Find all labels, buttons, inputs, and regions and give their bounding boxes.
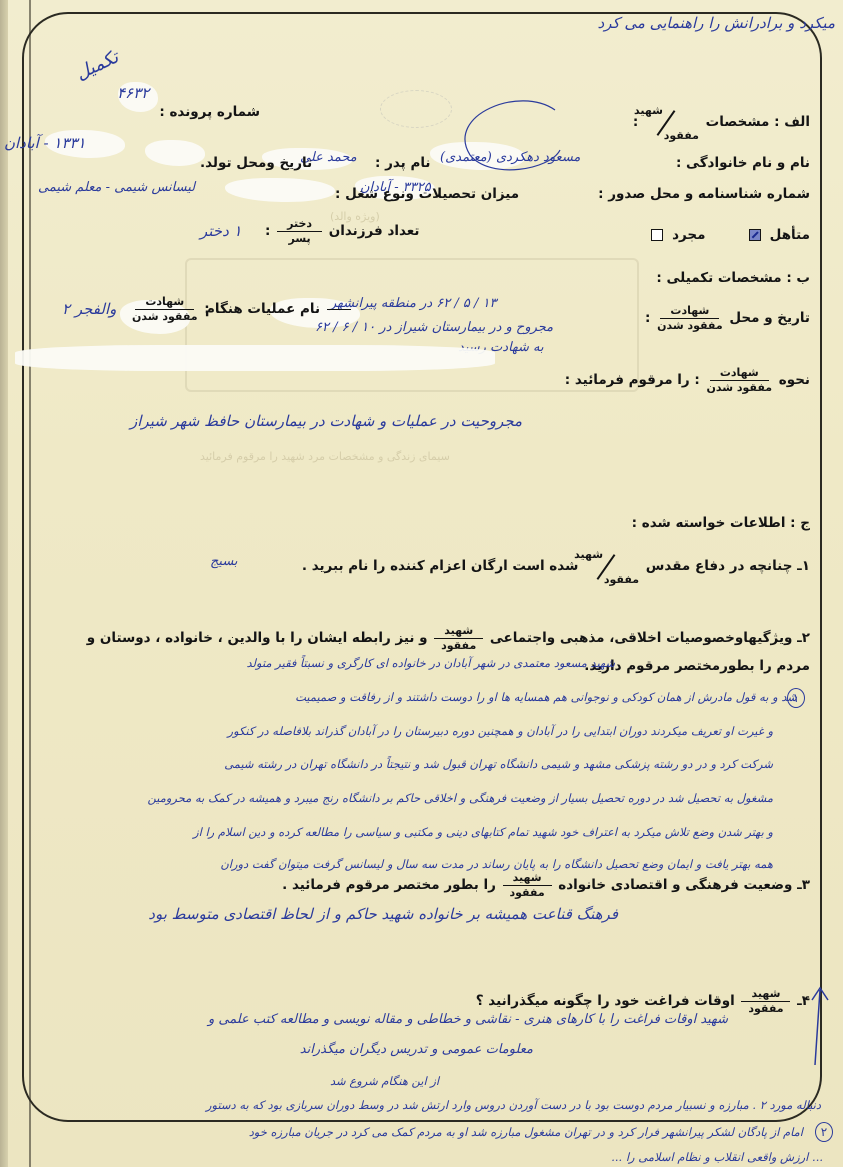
married-checkbox[interactable] — [749, 229, 761, 241]
birth-value: ۱۳۳۱ - آبادان — [4, 134, 86, 152]
education-job-value: لیسانس شیمی - معلم شیمی — [38, 180, 195, 195]
children-fraction: دختر پسر — [277, 218, 322, 244]
question-2-answer-line: و غیرت او تعریف میکردند دوران ابتدایی را… — [228, 724, 773, 738]
children-value: ۱ دختر — [200, 222, 242, 240]
manner-label-group: نحوه شهادت مفقود شدن : را مرقوم فرمائید … — [565, 367, 810, 393]
question-2-line1: ۲ـ ویژگیهاوخصوصیات اخلاقی، مذهبی واجتماع… — [87, 625, 810, 651]
file-number-value: ۴۶۳۲ — [117, 84, 149, 102]
section-c-title: ج : اطلاعات خواسته شده : — [632, 515, 810, 531]
scanned-form-page: (ویژه والد) سیمای زندگی و مشخصات مرد شهی… — [0, 0, 843, 1167]
file-number-label: شماره پرونده : — [159, 104, 260, 120]
binding-edge — [0, 0, 8, 1167]
section-a-title: الف : مشخصات شهید مفقود : — [633, 106, 810, 138]
question-1-fraction: شهید مفقود — [583, 550, 641, 582]
question-2-answer-line: شرکت کرد و در دو رشته پزشکی مشهد و شیمی … — [224, 757, 773, 771]
question-3-answer: فرهنگ قناعت همیشه بر خانواده شهید حاکم و… — [148, 905, 618, 923]
marital-status-group: متأهل مجرد — [647, 227, 810, 243]
question-2-answer-line: و بهتر شدن وضع تلاش میکرد به اعتراف خود … — [193, 825, 773, 839]
name-label: نام و نام خانوادگی : — [676, 155, 810, 171]
section-b-title: ب : مشخصات تکمیلی : — [656, 270, 810, 286]
birth-label: تاریخ ومحل تولد. — [200, 155, 312, 171]
operation-fraction: شهادت مفقود شدن — [132, 296, 198, 322]
operation-fraction-right — [327, 296, 351, 322]
operation-label-group: نام عملیات هنگام — [205, 296, 353, 322]
question-3: ۳ـ وضعیت فرهنگی و اقتصادی خانواده شهید م… — [282, 872, 810, 898]
date-place-label-group: تاریخ و محل شهادت مفقود شدن : — [645, 305, 810, 331]
question-2-answer-line: مشغول به تحصیل شد در دوره تحصیل بسیار از… — [147, 791, 773, 805]
question-2-answer-line: شد و به قول مادرش از همان کودکی و نوجوان… — [295, 690, 797, 704]
name-value: مسعود دهکردی (معتمدی) — [440, 150, 580, 165]
bottom-note-line: ... ارزش واقعی انقلاب و نظام اسلامی را .… — [611, 1150, 823, 1164]
question-2-line2: مردم را بطورمختصر مرقوم دارید. — [584, 658, 810, 674]
manner-value: مجروحیت در عملیات و شهادت در بیمارستان ح… — [130, 412, 522, 430]
question-2-answer-marker: ۱ — [787, 688, 805, 708]
question-2-answer-line: شهید مسعود معتمدی در شهر آبادان در خانوا… — [247, 656, 616, 670]
question-4-answer-line: معلومات عمومی و تدریس دیگران میگذراند — [300, 1042, 533, 1057]
manner-fraction: شهادت مفقود شدن — [706, 367, 772, 393]
bottom-insert-note: از این هنگام شروع شد — [330, 1074, 439, 1088]
question-2-answer-line: همه بهتر یافت و ایمان وضع تحصیل دانشگاه … — [220, 857, 773, 871]
father-name-label: نام پدر : — [375, 155, 430, 171]
single-checkbox[interactable] — [651, 229, 663, 241]
question-4-fraction: شهید مفقود — [741, 988, 790, 1014]
date-place-fraction: شهادت مفقود شدن — [657, 305, 723, 331]
question-4-answer-line: شهید اوقات فراغت را با کارهای هنری - نقا… — [208, 1012, 728, 1027]
bottom-note-line: دنباله مورد ۲ . مبارزه و نسبیار مردم دوس… — [206, 1098, 821, 1112]
bleed-through-text: سیمای زندگی و مشخصات مرد شهید را مرقوم ف… — [200, 450, 450, 463]
martyr-missing-fraction: شهید مفقود — [643, 106, 701, 138]
question-1-answer: بسیج — [210, 554, 238, 569]
faint-stamp — [380, 90, 452, 128]
question-1: ۱ـ چنانچه در دفاع مقدس شهید مفقود شده اس… — [302, 550, 810, 582]
question-3-fraction: شهید مفقود — [503, 872, 552, 898]
bottom-note-marker: ۲ — [815, 1122, 833, 1142]
date-place-value-line2: مجروح و در بیمارستان شیراز در ۱۰ / ۶ / ۶… — [315, 320, 553, 335]
date-place-value-line1: ۱۳ / ۵ / ۶۲ در منطقه پیرانشهر — [330, 296, 497, 311]
correction-fluid-band — [15, 345, 495, 371]
question-2-fraction: شهید مفقود — [434, 625, 483, 651]
bottom-note-line: امام از پادگان لشکر پیرانشهر فرار کرد و … — [249, 1125, 803, 1139]
operation-fraction-group: : شهادت مفقود شدن — [130, 296, 210, 322]
education-job-label: میزان تحصیلات ونوع شغل : — [335, 186, 519, 202]
operation-value: والفجر ۲ — [62, 300, 116, 318]
header-handwritten-note: میکرد و برادرانش را راهنمایی می کرد — [598, 14, 835, 32]
question-4: ۴ـ شهید مفقود اوقات فراغت خود را چگونه م… — [476, 988, 810, 1014]
id-number-label: شماره شناسنامه و محل صدور : — [598, 186, 810, 202]
children-label-group: تعداد فرزندان دختر پسر : — [265, 218, 420, 244]
